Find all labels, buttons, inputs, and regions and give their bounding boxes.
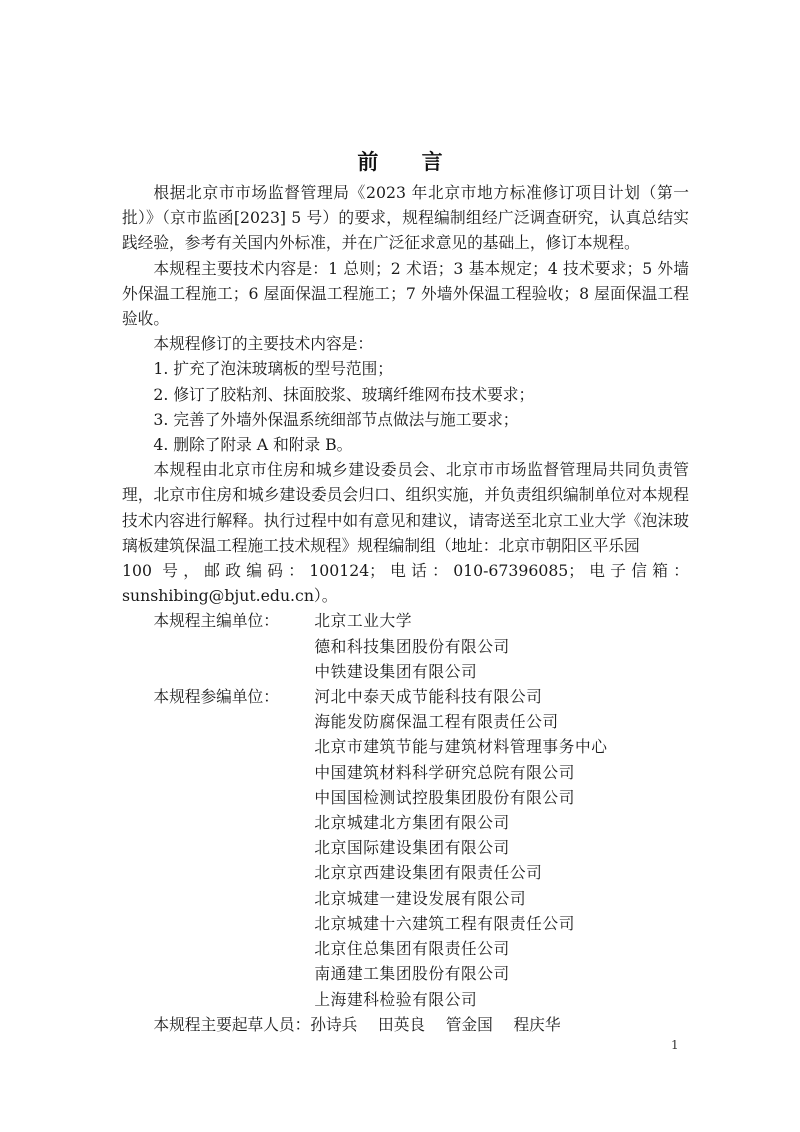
participating-unit: 河北中泰天成节能科技有限公司 <box>314 684 689 709</box>
contact-email[interactable]: sunshibing@bjut.edu.cn）。 <box>122 586 337 605</box>
participating-unit: 北京国际建设集团有限公司 <box>314 835 689 860</box>
participating-unit: 北京城建十六建筑工程有限责任公司 <box>314 911 689 936</box>
participating-unit: 中国建筑材料科学研究总院有限公司 <box>314 760 689 785</box>
drafters-label: 本规程主要起草人员： <box>153 1015 310 1034</box>
paragraph-email-line: sunshibing@bjut.edu.cn）。 <box>122 583 689 608</box>
paragraph-basis: 根据北京市市场监督管理局《2023 年北京市地方标准修订项目计划（第一批）》（京… <box>122 180 689 256</box>
paragraph-contact-line: 100 号，邮政编码：100124；电话：010-67396085；电子信箱： <box>122 558 689 583</box>
revision-item-1: 1. 扩充了泡沫玻璃板的型号范围； <box>122 356 689 381</box>
chief-unit: 德和科技集团股份有限公司 <box>314 634 689 659</box>
participating-unit: 北京市建筑节能与建筑材料管理事务中心 <box>314 734 689 759</box>
participating-unit: 北京住总集团有限责任公司 <box>314 936 689 961</box>
drafters-names: 孙诗兵 田英良 管金国 程庆华 <box>310 1015 560 1034</box>
participating-unit: 上海建科检验有限公司 <box>314 987 689 1012</box>
revision-item-4: 4. 删除了附录 A 和附录 B。 <box>122 432 689 457</box>
participating-unit: 北京京西建设集团有限责任公司 <box>314 860 689 885</box>
document-page: 前 言 根据北京市市场监督管理局《2023 年北京市地方标准修订项目计划（第一批… <box>0 0 800 1132</box>
chief-unit: 中铁建设集团有限公司 <box>314 659 689 684</box>
page-title: 前 言 <box>0 146 800 176</box>
page-number: 1 <box>671 1038 679 1052</box>
paragraph-revision-intro: 本规程修订的主要技术内容是： <box>122 331 689 356</box>
participating-units-section: 本规程参编单位： 河北中泰天成节能科技有限公司 海能发防腐保温工程有限责任公司 … <box>122 684 689 1012</box>
revision-list: 1. 扩充了泡沫玻璃板的型号范围； 2. 修订了胶粘剂、抹面胶浆、玻璃纤维网布技… <box>122 356 689 457</box>
chief-units-section: 本规程主编单位： 北京工业大学 德和科技集团股份有限公司 中铁建设集团有限公司 <box>122 608 689 684</box>
chief-unit: 北京工业大学 <box>314 608 689 633</box>
revision-item-3: 3. 完善了外墙外保温系统细部节点做法与施工要求； <box>122 407 689 432</box>
revision-item-2: 2. 修订了胶粘剂、抹面胶浆、玻璃纤维网布技术要求； <box>122 382 689 407</box>
participating-unit: 北京城建北方集团有限公司 <box>314 810 689 835</box>
preface-body: 根据北京市市场监督管理局《2023 年北京市地方标准修订项目计划（第一批）》（京… <box>122 180 689 1037</box>
chief-units-list: 北京工业大学 德和科技集团股份有限公司 中铁建设集团有限公司 <box>314 608 689 684</box>
participating-unit: 南通建工集团股份有限公司 <box>314 961 689 986</box>
paragraph-main-content: 本规程主要技术内容是：1 总则；2 术语；3 基本规定；4 技术要求；5 外墙外… <box>122 256 689 332</box>
participating-unit: 海能发防腐保温工程有限责任公司 <box>314 709 689 734</box>
chief-units-label: 本规程主编单位： <box>122 608 314 684</box>
participating-units-list: 河北中泰天成节能科技有限公司 海能发防腐保温工程有限责任公司 北京市建筑节能与建… <box>314 684 689 1012</box>
drafters-line: 本规程主要起草人员：孙诗兵 田英良 管金国 程庆华 <box>122 1012 689 1037</box>
management-text: 本规程由北京市住房和城乡建设委员会、北京市市场监督管理局共同负责管理，北京市住房… <box>122 460 689 555</box>
participating-units-label: 本规程参编单位： <box>122 684 314 1012</box>
participating-unit: 北京城建一建设发展有限公司 <box>314 886 689 911</box>
paragraph-management: 本规程由北京市住房和城乡建设委员会、北京市市场监督管理局共同负责管理，北京市住房… <box>122 457 689 558</box>
participating-unit: 中国国检测试控股集团股份有限公司 <box>314 785 689 810</box>
